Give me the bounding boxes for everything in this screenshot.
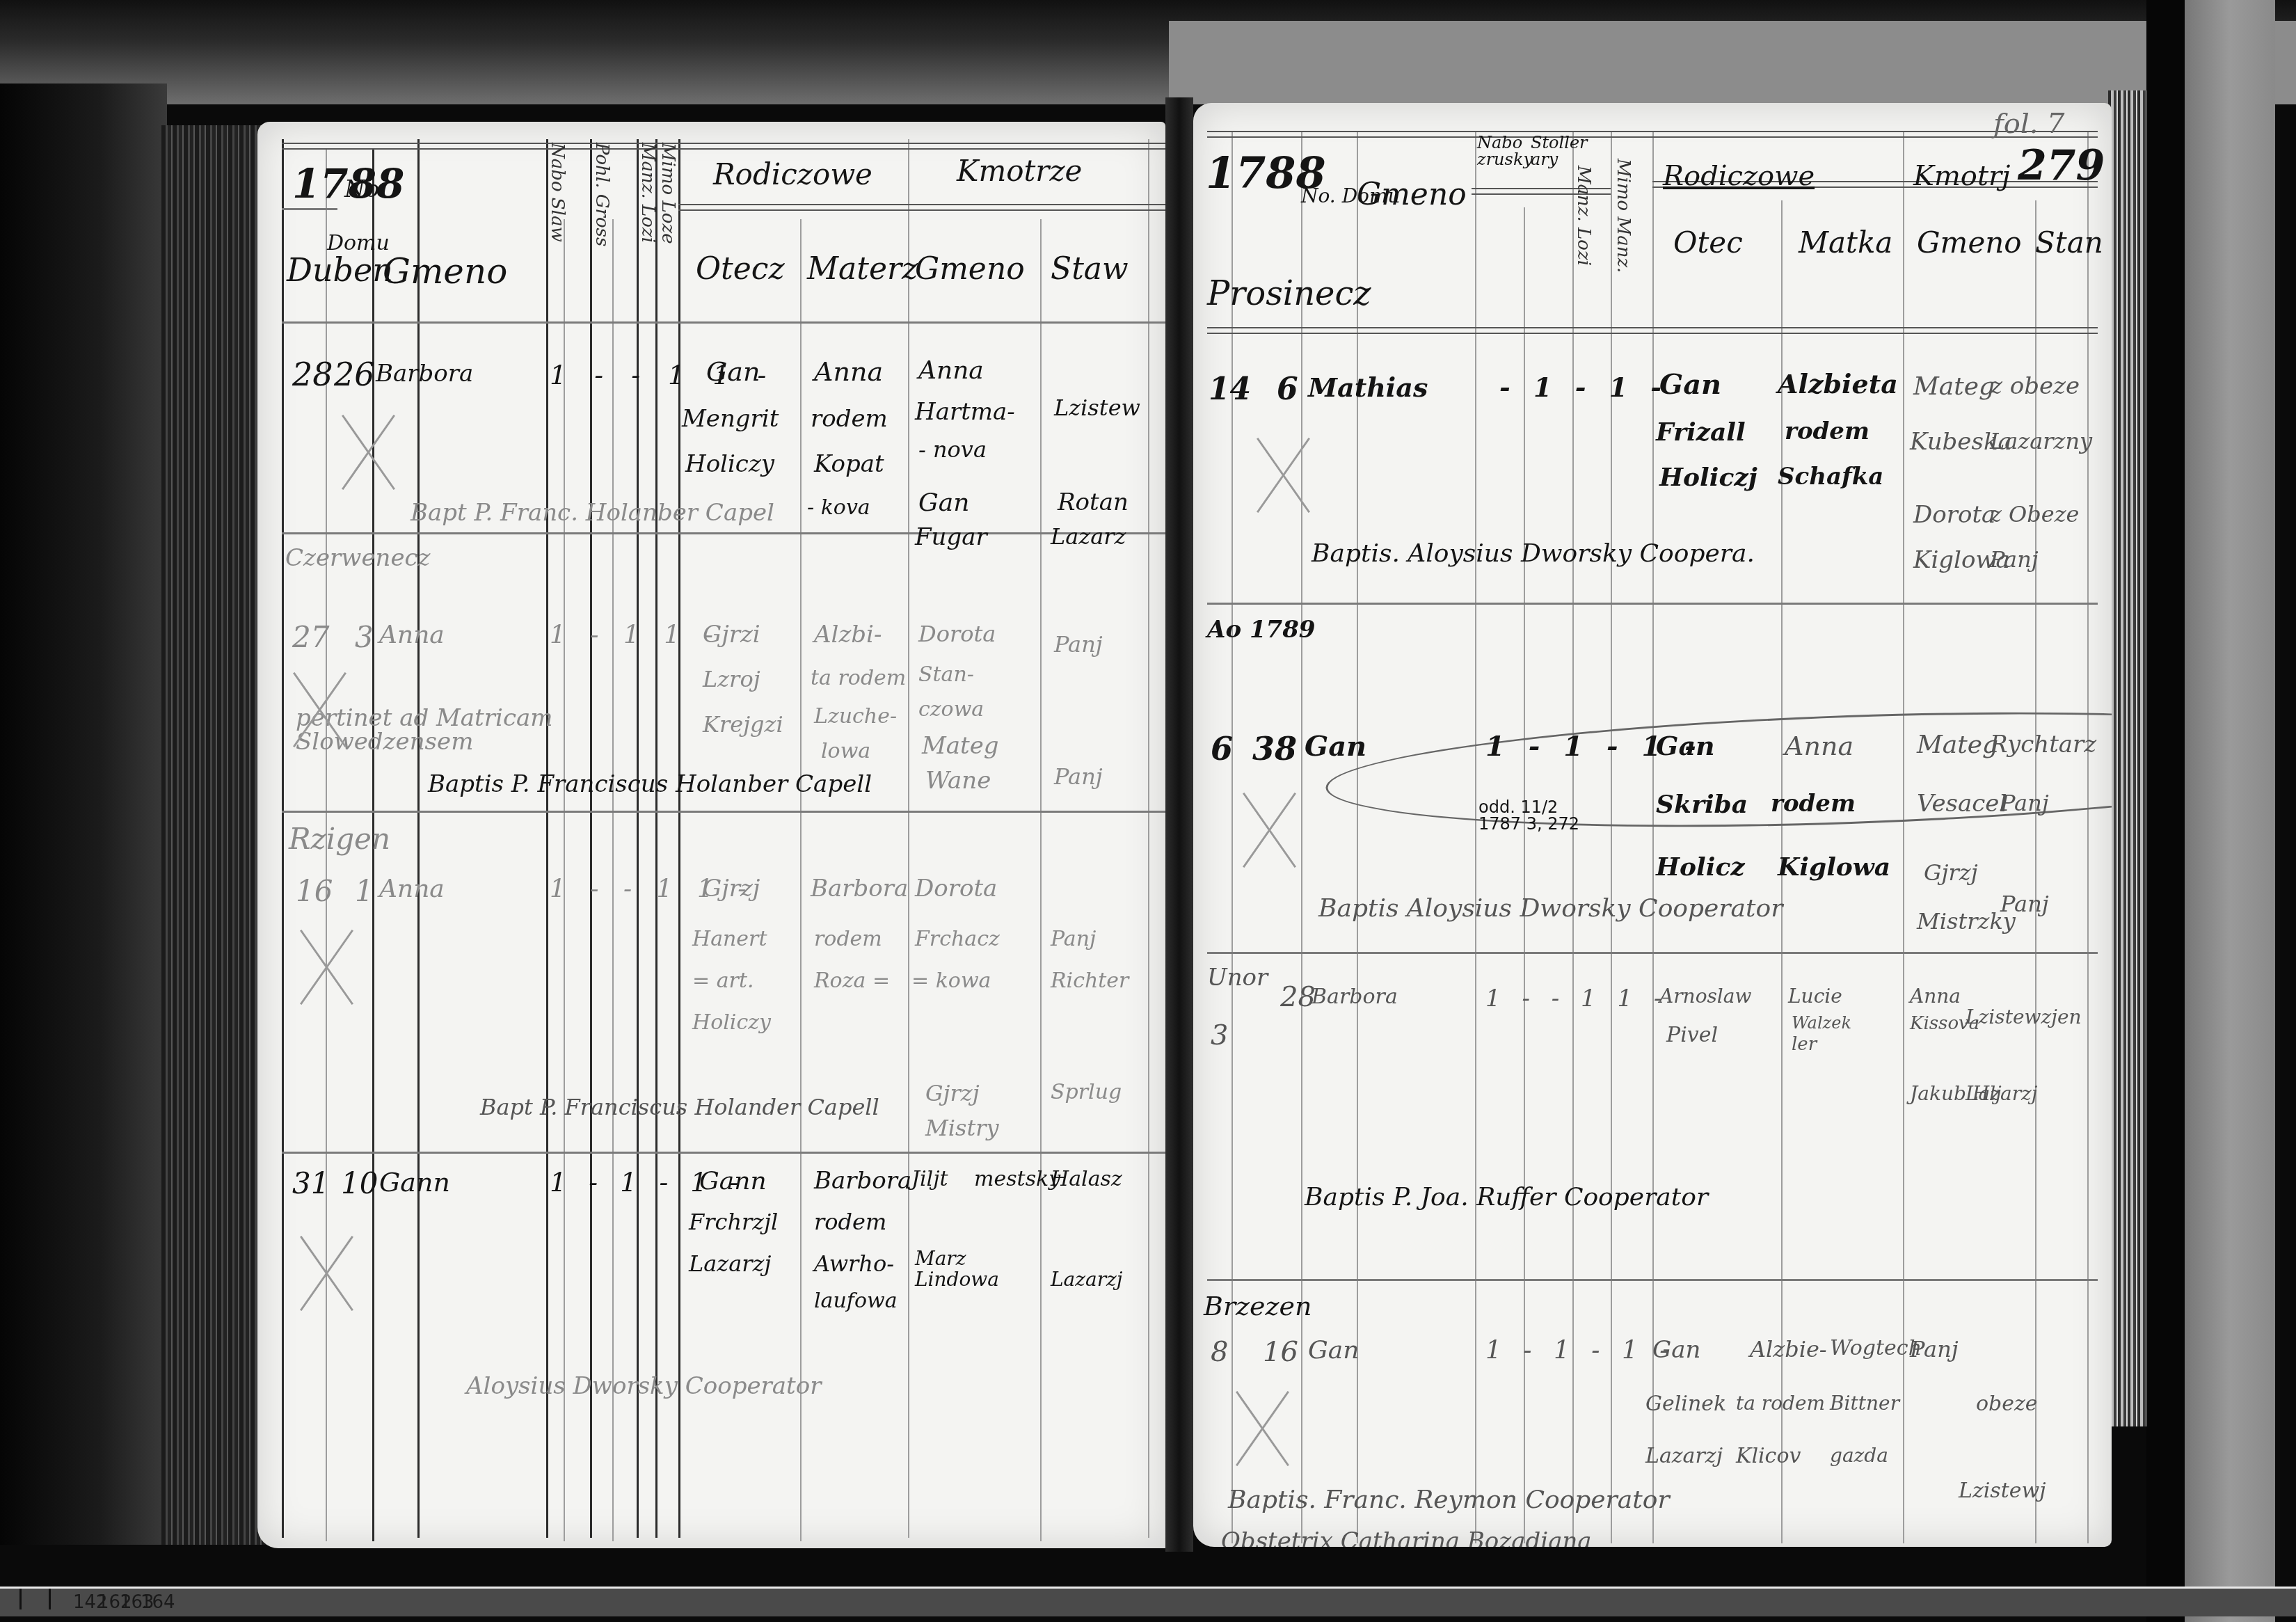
entry-house: 16 bbox=[1263, 1338, 1298, 1366]
entry-godparent: czowa bbox=[918, 699, 984, 720]
entry-godparent: Hartma- bbox=[915, 400, 1015, 424]
cross-mark bbox=[299, 922, 355, 1005]
entry-mother: = kowa bbox=[911, 971, 991, 992]
entry-godparent: Dorota bbox=[1913, 503, 1995, 527]
scan-card-right bbox=[2185, 0, 2275, 1622]
header-religion: Mimo Loze bbox=[659, 143, 677, 317]
header-sex: Nabo zrusky bbox=[1477, 134, 1533, 168]
entry-annotation: odd. 11/2 1787 3, 272 bbox=[1478, 799, 1604, 832]
left-page: 1788 No. Duben Domu Gmeno Nabo Slaw Pohl… bbox=[257, 122, 1165, 1548]
rule-vertical bbox=[1903, 131, 1904, 1543]
rule-row bbox=[282, 532, 1165, 534]
entry-godparent: Stan- bbox=[918, 665, 974, 685]
entry-day: 27 bbox=[292, 623, 329, 652]
header-father: Otec bbox=[1673, 228, 1743, 257]
entry-father: Krejgzi bbox=[703, 713, 783, 736]
entry-baptism-note: Aloysius Dworsky Cooperator bbox=[466, 1374, 821, 1398]
entry-father: Hanert bbox=[692, 929, 767, 950]
decorative-flourish bbox=[1324, 697, 2112, 842]
entry-godparent: Anna bbox=[918, 358, 984, 383]
entry-mother: Barbora bbox=[814, 1169, 911, 1193]
header-godparents: Kmotrj bbox=[1913, 162, 2011, 190]
entry-house: 28 bbox=[1280, 983, 1316, 1011]
rule-vertical bbox=[800, 219, 802, 1541]
entry-father: Gjrzj bbox=[703, 877, 760, 900]
entry-godparent: Wane bbox=[925, 769, 991, 793]
entry-mother: Anna bbox=[814, 358, 883, 385]
entry-marks: - 1 - 1 - bbox=[1499, 374, 1668, 401]
header-sex: Nabo Slaw bbox=[548, 143, 566, 219]
entry-mother: Alzbieta bbox=[1778, 371, 1898, 397]
entry-father: Lzroj bbox=[703, 668, 760, 690]
entry-day: 28 bbox=[292, 358, 333, 390]
entry-godparent-status: obeze bbox=[1976, 1394, 2038, 1415]
entry-godparent-status: Panj bbox=[2000, 893, 2049, 915]
entry-month: Czerwenecz bbox=[285, 546, 355, 570]
entry-mother: rodem bbox=[1785, 420, 1870, 443]
rule-header-top bbox=[1207, 131, 2098, 138]
book-page-edges-right bbox=[2108, 90, 2146, 1426]
entry-godparent: Fugar bbox=[915, 525, 987, 549]
rule-vertical bbox=[1148, 139, 1149, 1538]
header-name: Gmeno bbox=[383, 254, 507, 289]
cross-mark bbox=[341, 407, 397, 491]
entry-mother: rodem bbox=[811, 407, 888, 431]
rule-row bbox=[1207, 327, 2098, 334]
entry-baptism-note: Bapt P. Franciscus Holander Capell bbox=[480, 1096, 879, 1118]
header-godparents: Kmotrze bbox=[957, 157, 1082, 186]
header-parents: Rodiczowe bbox=[713, 160, 872, 189]
entry-mother: - kova bbox=[807, 498, 870, 518]
ruler-tick bbox=[49, 1589, 51, 1609]
book-gutter bbox=[1165, 97, 1193, 1552]
entry-godparent: Marz bbox=[915, 1249, 966, 1269]
header-name: Gmeno bbox=[1357, 180, 1467, 210]
entry-mother: ler bbox=[1792, 1035, 1817, 1053]
entry-mother: rodem bbox=[814, 929, 882, 950]
entry-baptism-note: Baptis P. Joa. Ruffer Cooperator bbox=[1305, 1185, 1708, 1210]
entry-house: 3 bbox=[355, 623, 374, 652]
cross-mark bbox=[299, 1228, 355, 1312]
entry-month: Unor bbox=[1207, 966, 1268, 989]
header-sex-boy: Pohl. Gross bbox=[593, 143, 611, 219]
entry-baptism-note: Baptis. Aloysius Dworsky Coopera. bbox=[1312, 541, 1755, 566]
entry-father: Gan bbox=[1652, 1338, 1700, 1362]
rule-vertical bbox=[1301, 131, 1302, 1543]
entry-baptism-note: Bapt P. Franc. Holanber Capel bbox=[410, 501, 774, 525]
entry-extra-note: Obstetrix Catharina Bozadiana bbox=[1221, 1529, 1592, 1547]
rule-vertical bbox=[1652, 131, 1654, 1543]
entry-father: Frchrzjl bbox=[689, 1211, 778, 1233]
entry-house: 10 bbox=[341, 1169, 378, 1198]
entry-mother: ta rodem bbox=[811, 668, 906, 689]
rule-vertical bbox=[908, 139, 909, 1538]
entry-name: Mathias bbox=[1308, 374, 1428, 401]
entry-father: Gan bbox=[1656, 733, 1715, 759]
entry-mother: ta rodem bbox=[1736, 1394, 1825, 1413]
entry-godparent: Bittner bbox=[1830, 1394, 1899, 1413]
cross-mark bbox=[1256, 430, 1312, 514]
entry-day: 14 bbox=[1209, 374, 1251, 405]
entry-godparent-status: Lazarz bbox=[1051, 525, 1126, 548]
rule-row bbox=[1207, 1279, 2098, 1281]
rule-row bbox=[282, 811, 1165, 813]
entry-mother: rodem bbox=[814, 1211, 886, 1233]
ruler-tick bbox=[19, 1589, 22, 1609]
entry-father: Gan bbox=[706, 358, 760, 385]
entry-godparent: Gjrzj bbox=[925, 1082, 980, 1104]
rule-row bbox=[282, 321, 1165, 324]
book-page-edges-left bbox=[161, 125, 266, 1545]
entry-godparent-status: Lazarzj bbox=[1966, 1084, 2038, 1104]
header-legitimate: Stoller ary bbox=[1531, 134, 1586, 168]
entry-father: Gelinek bbox=[1645, 1394, 1726, 1415]
cross-mark bbox=[1235, 1383, 1291, 1467]
header-religion: Manz. Lozi bbox=[1574, 166, 1593, 305]
entry-godparent-status: Panj bbox=[2000, 792, 2049, 814]
entry-month: Brzezen bbox=[1204, 1293, 1312, 1319]
cross-mark bbox=[292, 665, 348, 748]
rule-row bbox=[1207, 952, 2098, 954]
entry-name: Barbora bbox=[1312, 987, 1398, 1008]
entry-mother: Klicov bbox=[1736, 1446, 1801, 1467]
rule-vertical bbox=[637, 139, 639, 1538]
entry-house: 6 bbox=[1277, 374, 1298, 405]
entry-godparent-status: Lazarzj bbox=[1051, 1270, 1123, 1289]
entry-name: Barbora bbox=[376, 362, 473, 385]
header-mother: Matka bbox=[1799, 228, 1892, 257]
entry-mother: laufowa bbox=[814, 1291, 898, 1312]
scan-dark-gap bbox=[2146, 0, 2188, 1622]
entry-baptism-note: Baptis. Franc. Reymon Cooperator bbox=[1228, 1488, 1670, 1513]
entry-father: Lazarzj bbox=[1645, 1446, 1723, 1467]
entry-mother: Schafka bbox=[1778, 465, 1883, 488]
entry-mother: Walzek bbox=[1792, 1015, 1851, 1031]
entry-mother: lowa bbox=[821, 741, 870, 762]
folio-label: fol. 7 bbox=[1993, 110, 2065, 138]
header-house: Domu bbox=[327, 233, 390, 254]
rule-header-top bbox=[282, 143, 1165, 150]
rule-vertical bbox=[417, 139, 420, 1538]
entry-godparent-status: Lazarzny bbox=[1990, 430, 2092, 452]
entry-house: 26 bbox=[334, 358, 375, 390]
rule-vertical bbox=[590, 139, 592, 1538]
entry-mother: Kopat bbox=[814, 452, 884, 476]
header-month: Prosinecz bbox=[1207, 277, 1371, 310]
entry-godparent: gazda bbox=[1830, 1446, 1888, 1465]
header-religion-2: Mimo Manz. bbox=[1614, 159, 1632, 312]
entry-father: Arnoslaw bbox=[1659, 987, 1751, 1006]
entry-godparent-status: Panj bbox=[1990, 548, 2039, 571]
entry-godparent: Dorota bbox=[918, 623, 996, 645]
entry-marks: 1 - 1 1 - bbox=[550, 623, 722, 648]
entry-mother: Roza = bbox=[814, 971, 890, 992]
entry-side-note: pertinet ad Matricam Slowedzensem bbox=[296, 706, 657, 754]
entry-mother: Alzbie- bbox=[1750, 1338, 1827, 1360]
entry-godparent: Mateg bbox=[1913, 374, 1995, 399]
entry-godparent: Mateg bbox=[922, 734, 999, 758]
header-legitimate: Manz. Lozi bbox=[639, 143, 657, 310]
entry-father: Gjrzi bbox=[703, 623, 760, 646]
entry-marks: 1 - 1 - 1 - bbox=[1485, 1338, 1675, 1363]
entry-mother: Barbora bbox=[811, 877, 908, 900]
rule-vertical bbox=[282, 139, 284, 1538]
header-godparent-name: Gmeno bbox=[915, 254, 1025, 285]
entry-godparent: Vesacel bbox=[1917, 792, 2007, 816]
rule-vertical bbox=[1040, 219, 1042, 1541]
entry-godparent-status: z Obeze bbox=[1990, 503, 2079, 525]
rule-header-sub bbox=[282, 208, 337, 210]
entry-father: = art. bbox=[692, 971, 754, 992]
entry-name: Gann bbox=[379, 1169, 450, 1195]
rule-vertical bbox=[655, 139, 657, 1538]
entry-day: 31 bbox=[292, 1169, 329, 1198]
entry-father: Holiczy bbox=[685, 452, 774, 476]
entry-mother: Anna bbox=[1785, 733, 1853, 759]
entry-godparent-status: Lzistewzjen bbox=[1966, 1008, 2082, 1027]
entry-godparent-status: Halasz bbox=[1051, 1169, 1122, 1190]
rule-header-sub bbox=[678, 204, 1165, 211]
entry-house: 38 bbox=[1252, 733, 1297, 765]
header-number-label: No. bbox=[344, 177, 386, 201]
entry-father: Gann bbox=[699, 1169, 767, 1194]
right-page: fol. 7 279 1788 No. Domu Gmeno Prosinecz… bbox=[1193, 103, 2112, 1547]
entry-godparent-status: z obeze bbox=[1990, 374, 2080, 398]
entry-mother: Kiglowa bbox=[1778, 854, 1890, 880]
entry-godparent: Frchacz bbox=[915, 929, 1000, 950]
header-parents: Rodiczowe bbox=[1663, 162, 1815, 190]
rule-vertical bbox=[1231, 131, 1233, 1543]
entry-father: Skriba bbox=[1656, 792, 1748, 817]
book-cover-left bbox=[0, 84, 167, 1545]
entry-name: Anna bbox=[379, 877, 445, 902]
entry-godparent-status: Panj bbox=[1910, 1338, 1959, 1360]
entry-marks: 1 - - 1 1 - bbox=[1485, 987, 1668, 1010]
entry-godparent-status: Panj bbox=[1051, 929, 1096, 950]
entry-godparent: - nova bbox=[918, 438, 987, 461]
entry-baptism-note: Baptis P. Franciscus Holanber Capell bbox=[428, 772, 872, 796]
entry-name: Gan bbox=[1305, 733, 1366, 761]
entry-mother: rodem bbox=[1771, 792, 1856, 816]
entry-father: Holiczj bbox=[1659, 465, 1757, 490]
entry-day: 16 bbox=[296, 877, 333, 906]
entry-godparent-status: Lzistewj bbox=[1959, 1481, 2046, 1502]
header-month: Duben bbox=[287, 254, 393, 286]
entry-day: 8 bbox=[1211, 1338, 1228, 1366]
entry-godparent: Dorota bbox=[915, 877, 997, 900]
rule-vertical bbox=[1475, 131, 1476, 1543]
entry-day: 3 bbox=[1211, 1021, 1228, 1049]
ruler-number: 164 bbox=[141, 1592, 175, 1613]
entry-godparent: Gjrzj bbox=[1924, 861, 1978, 884]
new-year-label: Ao 1789 bbox=[1207, 618, 1316, 642]
entry-mother: Alzbi- bbox=[814, 623, 882, 646]
rule-vertical bbox=[678, 139, 680, 1538]
entry-house: 1 bbox=[355, 877, 374, 906]
entry-godparent: Lindowa bbox=[915, 1270, 999, 1289]
entry-godparent: Mateg bbox=[1917, 733, 1998, 758]
scan-ruler bbox=[0, 1587, 2296, 1616]
entry-godparent: Jiljt bbox=[911, 1169, 948, 1190]
entry-father: Pivel bbox=[1666, 1025, 1718, 1046]
entry-godparent: Wogtech bbox=[1830, 1338, 1922, 1359]
entry-godparent-status: Sprlug bbox=[1051, 1082, 1122, 1103]
entry-godparent: Gan bbox=[918, 491, 969, 516]
entry-godparent-status: Panj bbox=[1054, 633, 1103, 655]
rule-vertical bbox=[2087, 131, 2089, 1543]
rule-vertical bbox=[2035, 200, 2036, 1543]
rule-vertical bbox=[546, 139, 548, 1538]
rule-row bbox=[282, 1152, 1165, 1154]
header-godparent-status: Stan bbox=[2035, 228, 2103, 257]
entry-godparent-status: Lzistew bbox=[1054, 397, 1140, 419]
entry-father: Frizall bbox=[1656, 420, 1746, 445]
entry-father: Gan bbox=[1659, 371, 1721, 399]
entry-mother: Lucie bbox=[1788, 987, 1842, 1006]
entry-name: Gan bbox=[1308, 1338, 1359, 1363]
cross-mark bbox=[1242, 785, 1298, 868]
entry-mother: Lzuche- bbox=[814, 706, 897, 727]
folio-number: 279 bbox=[2018, 145, 2105, 186]
header-godparent-name: Gmeno bbox=[1917, 228, 2022, 257]
rule-vertical bbox=[1611, 131, 1612, 1543]
rule-row bbox=[1207, 603, 2098, 605]
entry-godparent-status: Panj bbox=[1054, 765, 1103, 788]
entry-godparent: Mistry bbox=[925, 1117, 999, 1139]
entry-father: Mengrit bbox=[682, 407, 779, 431]
entry-godparent-status: mestsky bbox=[974, 1169, 1060, 1190]
entry-father: Holicz bbox=[1656, 854, 1745, 880]
header-father: Otecz bbox=[696, 254, 785, 285]
entry-godparent: Anna bbox=[1910, 987, 1961, 1006]
entry-godparent-status: Rotan bbox=[1058, 491, 1129, 514]
entry-baptism-note: Baptis Aloysius Dworsky Cooperator bbox=[1318, 896, 1783, 921]
entry-godparent-status: Rychtarz bbox=[1990, 733, 2096, 756]
entry-day: 6 bbox=[1211, 733, 1233, 765]
entry-name: Anna bbox=[379, 623, 445, 648]
entry-father: Holiczy bbox=[692, 1012, 771, 1033]
entry-father: Lazarzj bbox=[689, 1253, 771, 1275]
rule-vertical bbox=[1572, 131, 1574, 1543]
entry-mother: Awrho- bbox=[814, 1253, 894, 1275]
entry-godparent-status: Richter bbox=[1051, 971, 1129, 992]
rule-vertical bbox=[1357, 131, 1358, 1543]
header-godparent-status: Staw bbox=[1051, 254, 1129, 285]
header-mother: Materz bbox=[807, 254, 918, 285]
entry-month: Rzigen bbox=[289, 825, 390, 854]
